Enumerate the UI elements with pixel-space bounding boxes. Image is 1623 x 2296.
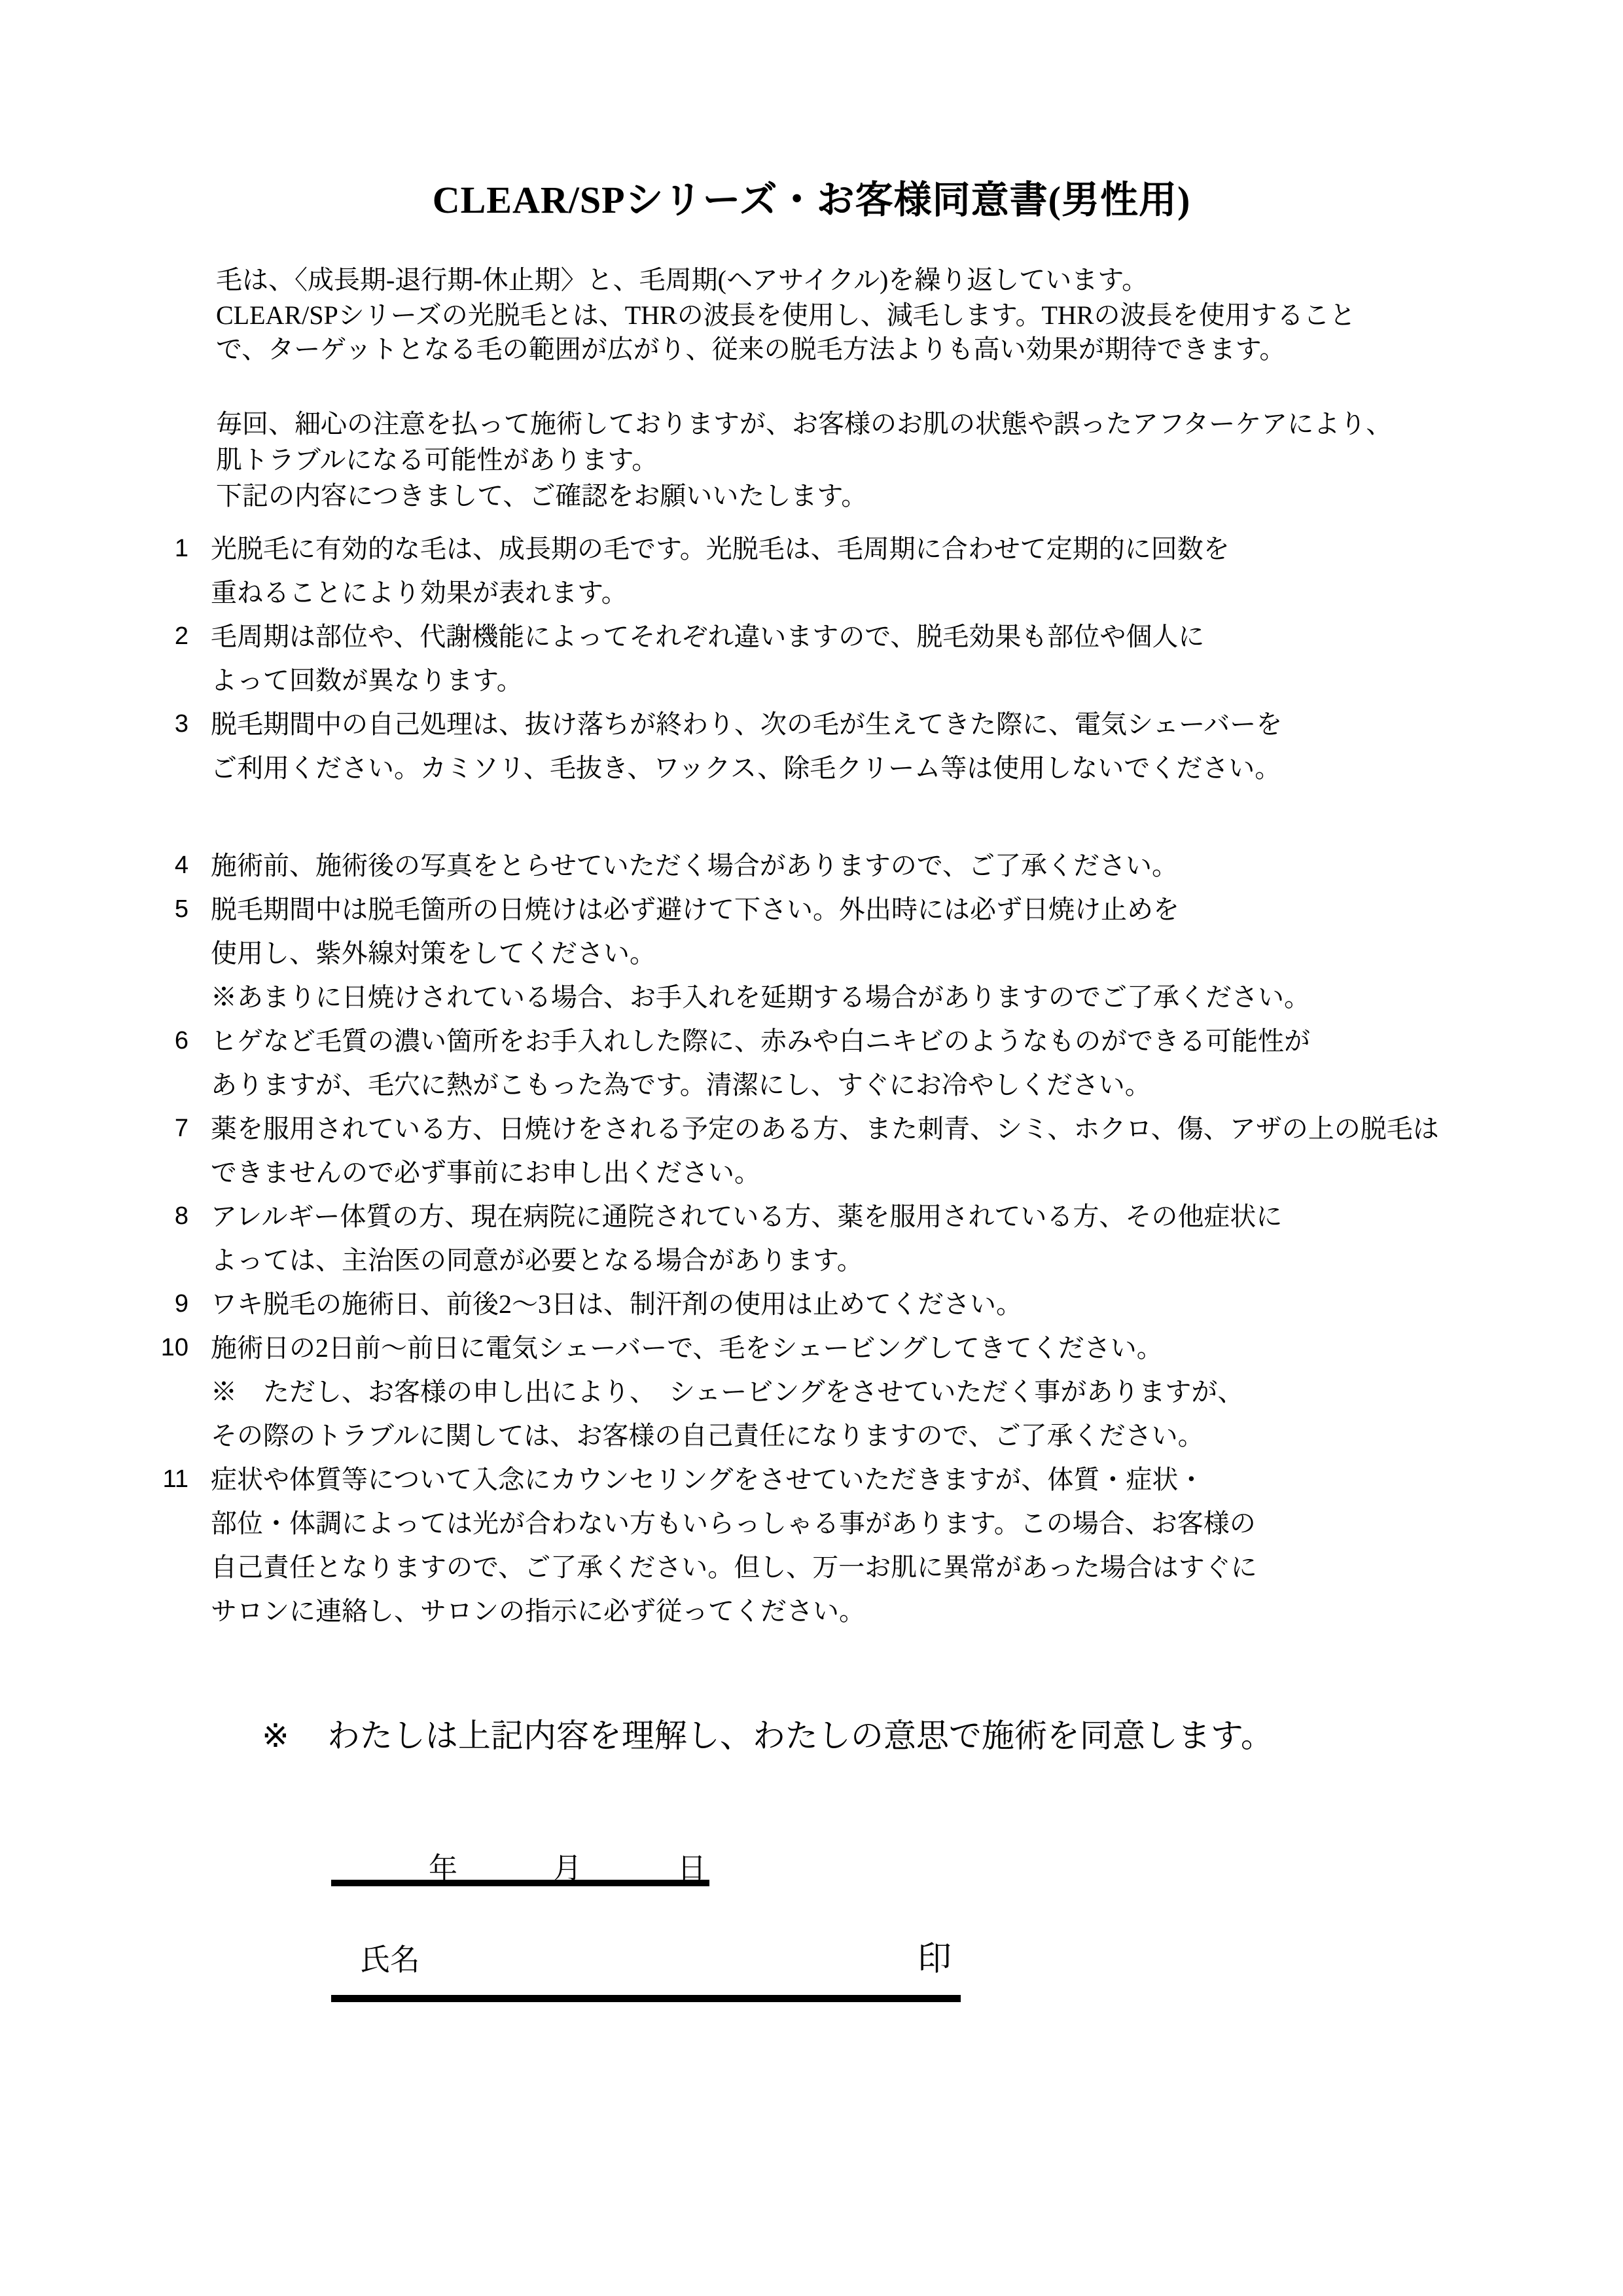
item-number: 8 — [157, 1194, 188, 1282]
list-item-10: 10 施術日の2日前〜前日に電気シェーバーで、毛をシェービングしてきてください。… — [157, 1326, 1453, 1458]
item-text: 脱毛期間中の自己処理は、抜け落ちが終わり、次の毛が生えてきた際に、電気シェーバー… — [211, 702, 1453, 790]
item-text: 薬を服用されている方、日焼けをされる予定のある方、また刺青、シミ、ホクロ、傷、ア… — [211, 1107, 1453, 1194]
item-number: 5 — [157, 888, 188, 1019]
item-number: 10 — [157, 1326, 188, 1458]
item-number: 11 — [157, 1458, 188, 1633]
consent-form-page: CLEAR/SPシリーズ・お客様同意書(男性用) 毛は、〈成長期-退行期-休止期… — [0, 0, 1623, 2296]
list-item-9: 9 ワキ脱毛の施術日、前後2〜3日は、制汗剤の使用は止めてください。 — [157, 1282, 1453, 1326]
item-text: 施術日の2日前〜前日に電気シェーバーで、毛をシェービングしてきてください。 ※ … — [211, 1326, 1453, 1458]
item-text: アレルギー体質の方、現在病院に通院されている方、薬を服用されている方、その他症状… — [211, 1194, 1453, 1282]
consent-text: わたしは上記内容を理解し、わたしの意思で施術を同意します。 — [327, 1717, 1274, 1754]
date-fill-line — [331, 1880, 709, 1886]
list-item-3: 3 脱毛期間中の自己処理は、抜け落ちが終わり、次の毛が生えてきた際に、電気シェー… — [157, 702, 1453, 790]
item-text: 脱毛期間中は脱毛箇所の日焼けは必ず避けて下さい。外出時には必ず日焼け止めを 使用… — [211, 888, 1453, 1019]
item-number: 9 — [157, 1282, 188, 1326]
item-text: ヒゲなど毛質の濃い箇所をお手入れした際に、赤みや白ニキビのようなものができる可能… — [211, 1019, 1453, 1107]
item-text: ワキ脱毛の施術日、前後2〜3日は、制汗剤の使用は止めてください。 — [211, 1282, 1453, 1326]
name-label: 氏名 — [360, 1936, 420, 1979]
terms-list: 1 光脱毛に有効的な毛は、成長期の毛です。光脱毛は、毛周期に合わせて定期的に回数… — [157, 527, 1453, 1633]
list-item-2: 2 毛周期は部位や、代謝機能によってそれぞれ違いますので、脱毛効果も部位や個人に… — [157, 615, 1453, 702]
seal-label: 印 — [918, 1931, 952, 1980]
item-number: 2 — [157, 615, 188, 702]
consent-statement: ※わたしは上記内容を理解し、わたしの意思で施術を同意します。 — [262, 1710, 1274, 1757]
list-item-5: 5 脱毛期間中は脱毛箇所の日焼けは必ず避けて下さい。外出時には必ず日焼け止めを … — [157, 888, 1453, 1019]
consent-mark: ※ — [262, 1717, 289, 1754]
list-item-1: 1 光脱毛に有効的な毛は、成長期の毛です。光脱毛は、毛周期に合わせて定期的に回数… — [157, 527, 1453, 615]
intro-caution-paragraph: 毎回、細心の注意を払って施術しておりますが、お客様のお肌の状態や誤ったアフターケ… — [216, 406, 1433, 514]
name-fill-line — [331, 1995, 961, 2002]
list-item-6: 6 ヒゲなど毛質の濃い箇所をお手入れした際に、赤みや白ニキビのようなものができる… — [157, 1019, 1453, 1107]
item-text: 毛周期は部位や、代謝機能によってそれぞれ違いますので、脱毛効果も部位や個人に よ… — [211, 615, 1453, 702]
list-item-11: 11 症状や体質等について入念にカウンセリングをさせていただきますが、体質・症状… — [157, 1458, 1453, 1633]
intro-hair-cycle-paragraph: 毛は、〈成長期-退行期-休止期〉と、毛周期(ヘアサイクル)を繰り返しています。 — [216, 264, 1433, 296]
item-number: 4 — [157, 844, 188, 888]
intro-thr-paragraph: CLEAR/SPシリーズの光脱毛とは、THRの波長を使用し、減毛します。THRの… — [216, 298, 1433, 367]
list-item-7: 7 薬を服用されている方、日焼けをされる予定のある方、また刺青、シミ、ホクロ、傷… — [157, 1107, 1453, 1194]
item-number: 1 — [157, 527, 188, 615]
item-number: 6 — [157, 1019, 188, 1107]
item-text: 光脱毛に有効的な毛は、成長期の毛です。光脱毛は、毛周期に合わせて定期的に回数を … — [211, 527, 1453, 615]
item-number: 7 — [157, 1107, 188, 1194]
item-number: 3 — [157, 702, 188, 790]
list-item-8: 8 アレルギー体質の方、現在病院に通院されている方、薬を服用されている方、その他… — [157, 1194, 1453, 1282]
page-title: CLEAR/SPシリーズ・お客様同意書(男性用) — [0, 169, 1623, 224]
item-text: 施術前、施術後の写真をとらせていただく場合がありますので、ご了承ください。 — [211, 844, 1453, 888]
list-item-4: 4 施術前、施術後の写真をとらせていただく場合がありますので、ご了承ください。 — [157, 844, 1453, 888]
item-text: 症状や体質等について入念にカウンセリングをさせていただきますが、体質・症状・ 部… — [211, 1458, 1453, 1633]
